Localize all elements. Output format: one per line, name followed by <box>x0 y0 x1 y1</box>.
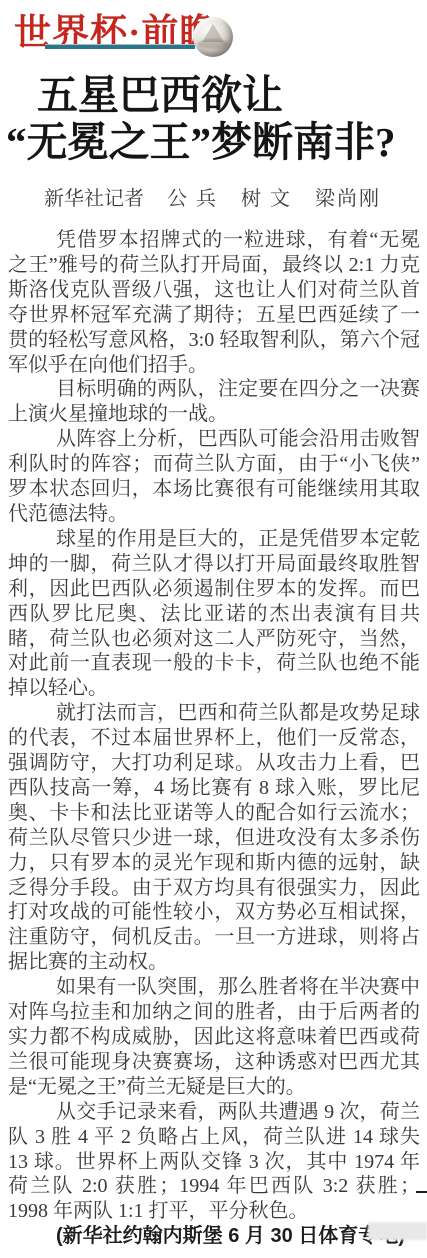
page-edge-rule-fragment <box>416 1191 427 1193</box>
byline-author-1: 公 兵 <box>167 188 218 210</box>
body-paragraph: 球星的作用是巨大的，正是凭借罗本定乾坤的一脚，荷兰队才得以打开局面最终取胜智利，… <box>8 527 420 701</box>
body-paragraph: 就打法而言，巴西和荷兰队都是攻势足球的代表，不过本届世界杯上，他们一反常态，强调… <box>8 701 420 975</box>
headline-line-2: “无冕之王”梦断南非? <box>0 119 427 166</box>
byline-agency-label: 新华社记者 <box>44 188 144 210</box>
byline-author-2: 树 文 <box>241 188 292 210</box>
headline-line-1: 五星巴西欲让 <box>0 72 427 119</box>
soccer-ball-icon <box>193 17 233 57</box>
dateline-sign-off: (新华社约翰内斯堡 6 月 30 日体育专电) <box>8 1224 420 1249</box>
article-headline: 五星巴西欲让 “无冕之王”梦断南非? <box>0 72 427 166</box>
kicker-underline-rule <box>45 44 195 49</box>
body-paragraph: 从阵容上分析，巴西队可能会沿用击败智利队时的阵容；而荷兰队方面，由于“小飞侠”罗… <box>8 427 420 527</box>
byline: 新华社记者 公 兵 树 文 梁尚刚 <box>44 182 381 211</box>
body-paragraph: 如果有一队突围，那么胜者将在半决赛中对阵乌拉圭和加纳之间的胜者，由于后两者的实力… <box>8 975 420 1100</box>
body-paragraph: 目标明确的两队，注定要在四分之一决赛上演火星撞地球的一战。 <box>8 377 420 427</box>
byline-author-3: 梁尚刚 <box>315 188 381 210</box>
body-paragraph: 凭借罗本招牌式的一粒进球，有着“无冕之王”雅号的荷兰队打开局面，最终以 2:1 … <box>8 228 420 377</box>
newspaper-article-page: 世界杯·前瞻 五星巴西欲让 “无冕之王”梦断南非? 新华社记者 公 兵 树 文 … <box>0 0 427 1258</box>
faint-watermark <box>368 1222 427 1240</box>
article-body: 凭借罗本招牌式的一粒进球，有着“无冕之王”雅号的荷兰队打开局面，最终以 2:1 … <box>8 228 420 1249</box>
body-paragraph: 从交手记录来看，两队共遭遇 9 次，荷兰队 3 胜 4 平 2 负略占上风，荷兰… <box>8 1100 420 1225</box>
